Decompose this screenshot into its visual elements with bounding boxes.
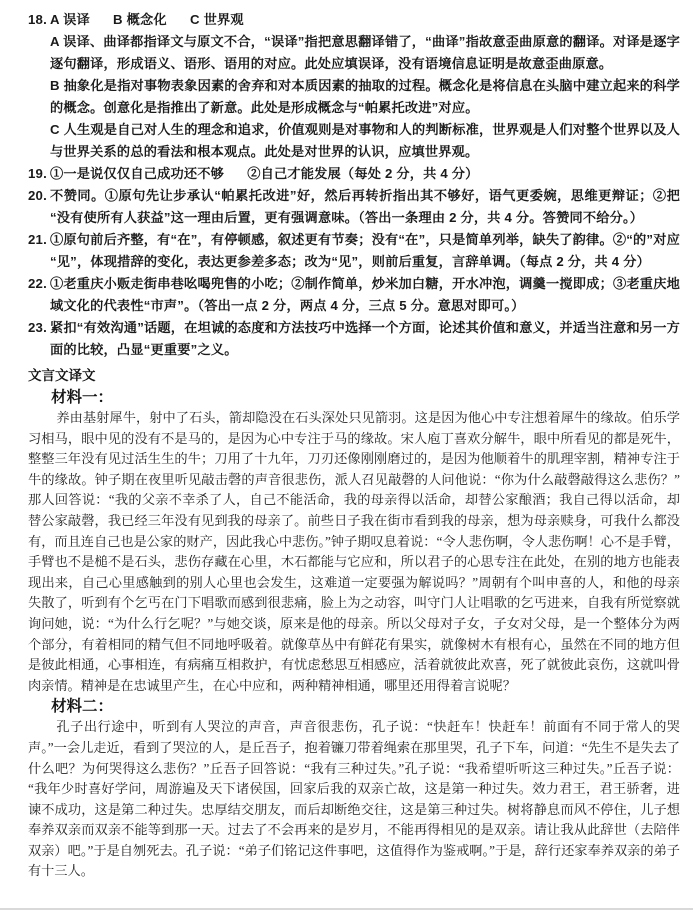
material-1-text: 养由基射犀牛，射中了石头，箭却隐没在石头深处只见箭羽。这是因为他心中专注想着犀牛… — [28, 408, 680, 696]
answer-item-19: 19. ①一是说仅仅自己成功还不够 ②自己才能发展（每处 2 分，共 4 分） — [28, 163, 680, 185]
classical-translation-section: 文言文译文 材料一： 养由基射犀牛，射中了石头，箭却隐没在石头深处只见箭羽。这是… — [28, 364, 680, 882]
item-number: 20. — [28, 185, 47, 207]
answer-options-line: A 误译 B 概念化 C 世界观 — [50, 9, 680, 31]
answer-item-21: 21. ①原句前后齐整，有“在”，有停顿感，叙述更有节奏；没有“在”，只是简单列… — [28, 229, 680, 273]
answer-text: 不赞同。①原句先让步承认“帕累托改进”好，然后再转折指出其不够好，语气更委婉，思… — [50, 185, 680, 229]
material-1-label: 材料一： — [28, 387, 680, 408]
answers-section: 18. A 误译 B 概念化 C 世界观 A 误译、曲译都指译文与原文不合，“误… — [28, 9, 680, 361]
translation-heading: 文言文译文 — [28, 364, 680, 387]
answer-explanation-c: C 人生观是自己对人生的理念和追求，价值观则是对事物和人的判断标准，世界观是人们… — [50, 119, 680, 163]
item-number: 18. — [28, 9, 47, 31]
answer-item-18: 18. A 误译 B 概念化 C 世界观 A 误译、曲译都指译文与原文不合，“误… — [28, 9, 680, 163]
answer-text: ①老重庆小贩走街串巷吆喝兜售的小吃；②制作简单，炒米加白糖，开水冲泡，调羹一搅即… — [50, 273, 680, 317]
page-bottom-divider — [0, 908, 693, 910]
item-number: 19. — [28, 163, 47, 185]
item-number: 23. — [28, 317, 47, 339]
material-2-text: 孔子出行途中，听到有人哭泣的声音，声音很悲伤，孔子说：“快赶车！快赶车！前面有不… — [28, 717, 680, 882]
answer-item-20: 20. 不赞同。①原句先让步承认“帕累托改进”好，然后再转折指出其不够好，语气更… — [28, 185, 680, 229]
item-number: 21. — [28, 229, 47, 251]
answer-text: 紧扣“有效沟通”话题，在坦诚的态度和方法技巧中选择一个方面，论述其价值和意义，并… — [50, 317, 680, 361]
item-number: 22. — [28, 273, 47, 295]
answer-text: ①原句前后齐整，有“在”，有停顿感，叙述更有节奏；没有“在”，只是简单列举，缺失… — [50, 229, 680, 273]
answer-explanation-b: B 抽象化是指对事物表象因素的舍弃和对本质因素的抽取的过程。概念化是将信息在头脑… — [50, 75, 680, 119]
scanned-answer-key-page: 18. A 误译 B 概念化 C 世界观 A 误译、曲译都指译文与原文不合，“误… — [0, 0, 693, 918]
answer-text: ①一是说仅仅自己成功还不够 ②自己才能发展（每处 2 分，共 4 分） — [50, 163, 680, 185]
answer-item-22: 22. ①老重庆小贩走街串巷吆喝兜售的小吃；②制作简单，炒米加白糖，开水冲泡，调… — [28, 273, 680, 317]
material-2-label: 材料二： — [28, 696, 680, 717]
answer-explanation-a: A 误译、曲译都指译文与原文不合，“误译”指把意思翻译错了，“曲译”指故意歪曲原… — [50, 31, 680, 75]
answer-item-23: 23. 紧扣“有效沟通”话题，在坦诚的态度和方法技巧中选择一个方面，论述其价值和… — [28, 317, 680, 361]
